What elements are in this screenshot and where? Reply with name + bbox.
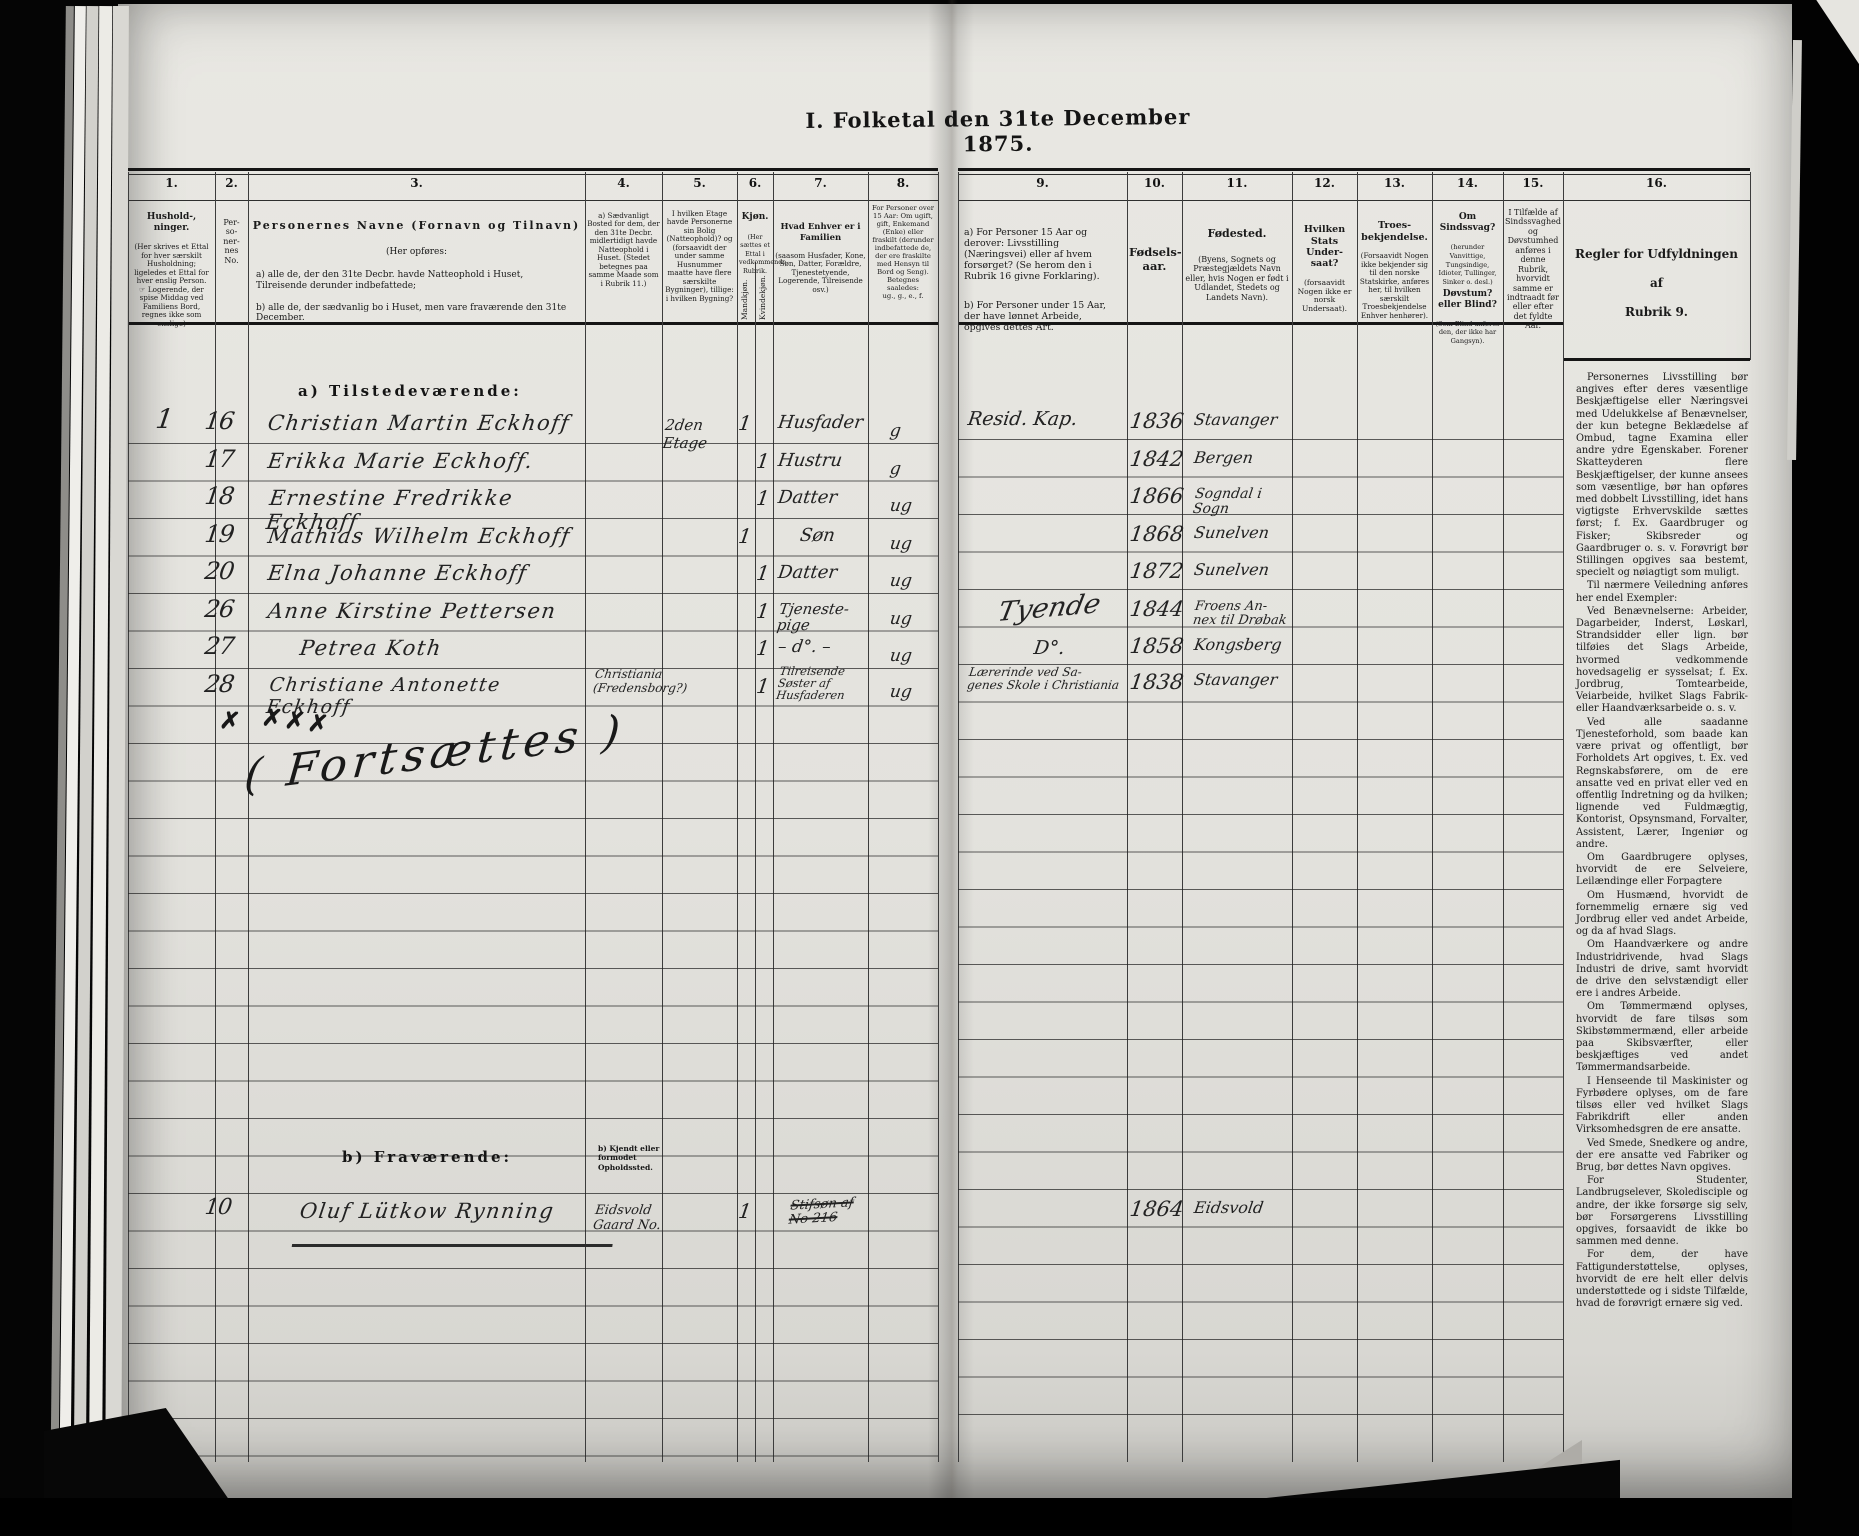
col12-text: (forsaavidt Nogen ikke er norsk Undersaa… [1298,278,1352,314]
col16-header: Regler for Udfyldningen af Rubrik 9. [1563,204,1750,322]
col1-header: Hushold-, ninger. (Her skrives et Ettal … [128,204,215,322]
male-mark: 1 [734,411,755,435]
col4-header: a) Sædvanligt Bosted for dem, der den 31… [585,204,662,322]
col13-text: (Forsaavidt Nogen ikke bekjender sig til… [1360,251,1429,319]
family-role: Tilreisende Søster af Husfaderen [775,665,872,701]
female-mark: 1 [752,599,773,623]
page-title: I. Folketal den 31te December 1875. [778,104,1218,159]
marital-status: ug [889,571,937,591]
rules-for-rubrik9: Personernes Livsstilling bør angives eft… [1576,372,1748,1311]
rule [128,174,938,175]
col9-a: a) For Personer 15 Aar og derover: Livss… [964,227,1121,282]
birthplace: Sunelven [1193,562,1313,579]
col-number-6: 6. [737,176,773,198]
col8-header: For Personer over 15 Aar: Om ugift, gift… [868,204,938,322]
rules-paragraph: Ved alle saadanne Tjenesteforhold, som b… [1576,717,1748,851]
col9-b: b) For Personer under 15 Aar, der have l… [964,300,1121,333]
birth-year: 1872 [1128,559,1185,583]
col3-b: b) alle de, der sædvanlig bo i Huset, me… [256,303,577,324]
col7-header: Hvad Enhver er i Familien (saasom Husfad… [773,204,868,322]
col13-head: Troes- bekjendelse. [1359,220,1430,242]
col14-header: Om Sindssvag? (herunder Vanvittige, Tung… [1432,204,1503,322]
birth-year: 1844 [1128,597,1185,621]
birthplace: Stavanger [1193,412,1313,429]
col11-text: (Byens, Sognets og Præstegjældets Navn e… [1185,255,1288,302]
occupation: Lærerinde ved Sa- genes Skole i Christia… [966,666,1142,693]
col14-text2: (Som Blind anføres den, der ikke har Gan… [1435,320,1499,346]
family-role: Husfader [777,414,872,433]
col3-a: a) alle de, der den 31te Decbr. havde Na… [256,270,577,291]
family-role: Søn [799,527,894,546]
column-line [1563,172,1564,1462]
birth-year: 1836 [1128,409,1185,433]
person-name: Mathias Wilhelm Eckhoff [266,524,587,548]
col1-head: Hushold-, ninger. [130,212,213,233]
rules-paragraph: For dem, der have Fattigunderstøttelse, … [1576,1249,1748,1310]
col10-header: Fødsels- aar. [1127,204,1182,322]
col12-header: Hvilken Stats Under- saat? (forsaavidt N… [1292,204,1357,322]
birthplace: Sunelven [1193,525,1313,542]
person-number: 10 [203,1195,233,1220]
col-number-7: 7. [773,176,868,198]
household-number: 1 [154,404,176,435]
col-number-5: 5. [662,176,737,198]
rules-paragraph: Om Haandværkere og andre Industridrivend… [1576,939,1748,1000]
birth-year: 1838 [1128,670,1185,694]
person-name: Erikka Marie Eckhoff. [266,449,587,473]
col15-header: I Tilfælde af Sindssvaghed og Døvstumhed… [1503,204,1563,322]
male-mark: 1 [734,1199,755,1223]
absent-col4-note: b) Kjendt eller formodet Opholdssted. [598,1144,662,1172]
birthplace: Kongsberg [1193,637,1313,654]
family-role: – d°. – [777,639,872,657]
known-abode: Eidsvold Gaard No. [592,1204,688,1234]
rules-paragraph: Om Tømmermænd oplyses, hvorvidt de fare … [1576,1001,1748,1074]
section-absent: b) Fraværende: [342,1148,512,1166]
birth-year: 1866 [1128,484,1185,508]
col5-header: I hvilken Etage havde Personerne sin Bol… [662,204,737,322]
occupation: Resid. Kap. [966,408,1131,430]
rules-paragraph: Til nærmere Veiledning anføres her endel… [1576,580,1748,604]
rules-paragraph: Personernes Livsstilling bør angives eft… [1576,372,1748,579]
person-number: 16 [203,407,235,435]
col-number-16: 16. [1563,176,1750,198]
col-number-14: 14. [1432,176,1503,198]
female-mark: 1 [752,449,773,473]
col14-text: (herunder Vanvittige, Tungsindige, Idiot… [1439,243,1497,286]
crossed-entry: ✗✗✗ [260,702,332,739]
scan-background [1792,0,1859,1536]
person-number: 18 [203,482,235,510]
column-line [938,172,939,1462]
crossed-scribble: ~~~~~~~~~~~~~~~~~~~~~~ [291,1236,634,1254]
person-number: 28 [203,670,235,698]
family-role: Tjeneste- pige [776,602,872,634]
person-number: 17 [203,445,235,473]
rules-paragraph: Ved Smede, Snedkere og andre, der ere an… [1576,1138,1748,1175]
rule [958,174,1750,175]
col-number-4: 4. [585,176,662,198]
rule [128,200,938,201]
col6-head: Kjøn. [739,212,771,223]
col-number-11: 11. [1182,176,1292,198]
col14-head2: Døvstum? eller Blind? [1434,289,1501,310]
person-name: Christian Martin Eckhoff [266,411,587,435]
col-number-8: 8. [868,176,938,198]
person-name: Elna Johanne Eckhoff [266,561,587,585]
rule [1563,358,1750,361]
female-mark: 1 [752,636,773,660]
col-number-15: 15. [1503,176,1563,198]
col12-head: Hvilken Stats Under- saat? [1294,224,1355,269]
col13-header: Troes- bekjendelse. (Forsaavidt Nogen ik… [1357,204,1432,322]
female-mark: 1 [752,486,773,510]
col-number-12: 12. [1292,176,1357,198]
col7-head: Hvad Enhver er i Familien [775,222,866,242]
col14-head: Om Sindssvag? [1434,212,1501,233]
female-column-label: Kvindekjøn. [758,264,767,320]
marital-status: g [889,459,937,479]
person-name: Anne Kirstine Pettersen [266,599,587,623]
male-column-label: Mandkjøn. [740,264,749,320]
col3-sub: (Her opføres: [250,247,583,258]
female-mark: 1 [752,561,773,585]
usual-abode: Christiania (Fredensborg?) [592,668,688,696]
marital-status: ug [889,682,937,702]
birth-year: 1868 [1128,522,1185,546]
col1-text: (Her skrives et Ettal for hver særskilt … [134,242,209,327]
family-role: Hustru [777,452,872,471]
female-mark: 1 [752,674,773,698]
marital-status: ug [889,609,937,629]
col2-header: Per- so- ner- nes No. [215,204,248,322]
rule [958,168,1750,171]
rule [958,200,1750,201]
col-number-9: 9. [958,176,1127,198]
marital-status: ug [889,646,937,666]
birthplace: Stavanger [1193,672,1313,689]
col-number-2: 2. [215,176,248,198]
person-number: 27 [203,632,235,660]
census-scan: I. Folketal den 31te December 1875. 1. 2… [0,0,1859,1536]
rule [128,168,938,171]
scan-background [0,1498,1859,1536]
family-role: Stifsøn af No 216 [788,1194,892,1226]
crossed-household: ✗ [218,705,244,737]
col-number-3: 3. [248,176,585,198]
birthplace: Froens An- nex til Drøbak [1192,600,1314,627]
col9-header: a) For Personer 15 Aar og derover: Livss… [958,204,1127,322]
column-line [1750,172,1751,360]
col3-header: Personernes Navne (Fornavn og Tilnavn) (… [248,204,585,322]
marital-status: g [889,421,937,441]
rules-paragraph: Om Gaardbrugere oplyses, hvorvidt de ere… [1576,852,1748,889]
birth-year: 1842 [1128,447,1185,471]
col-number-10: 10. [1127,176,1182,198]
col11-header: Fødested. (Byens, Sognets og Præstegjæld… [1182,204,1292,322]
col-number-13: 13. [1357,176,1432,198]
col3-head: Personernes Navne (Fornavn og Tilnavn) [250,220,583,233]
family-role: Datter [777,489,872,508]
section-present: a) Tilstedeværende: [298,382,522,400]
birthplace: Eidsvold [1193,1200,1313,1217]
marital-status: ug [889,496,937,516]
male-mark: 1 [734,524,755,548]
rules-paragraph: Ved Benævnelserne: Arbeider, Dagarbeider… [1576,606,1748,716]
rules-paragraph: I Henseende til Maskinister og Fyrbødere… [1576,1076,1748,1137]
family-role: Datter [777,564,872,583]
birth-year: 1858 [1128,634,1185,658]
col-number-1: 1. [128,176,215,198]
col7-text: (saasom Husfader, Kone, Søn, Datter, For… [775,251,865,294]
rules-paragraph: Om Husmænd, hvorvidt de fornemmelig ernæ… [1576,890,1748,939]
birthplace: Bergen [1193,450,1313,467]
birthplace: Sogndal i Sogn [1192,487,1314,516]
marital-status: ug [889,534,937,554]
col11-head: Fødested. [1184,228,1290,241]
person-name: Petrea Koth [298,636,619,660]
person-number: 20 [203,557,235,585]
rules-paragraph: For Studenter, Landbrugselever, Skoledis… [1576,1175,1748,1248]
person-number: 26 [203,595,235,623]
person-number: 19 [203,520,235,548]
birth-year: 1864 [1128,1197,1185,1221]
